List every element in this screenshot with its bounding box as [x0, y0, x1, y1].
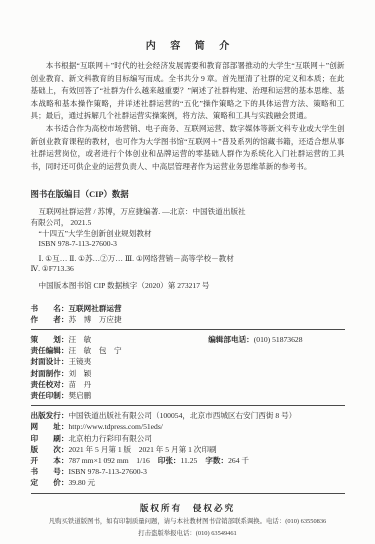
cover-design-row: 封面设计： 王镜夷	[31, 356, 345, 367]
cip-publisher-line: 有限公司， 2021.5	[31, 218, 345, 229]
print-supervisor-value: 樊启鹏	[68, 390, 91, 401]
page-content: 内 容 简 介 本书根据“互联网＋”时代的社会经济发展需要和教育部部署推动的大学…	[31, 37, 345, 541]
book-author-row: 作 者： 苏 博 万应捷	[31, 314, 345, 325]
editor-label: 责任编辑：	[31, 345, 69, 356]
price-row: 定 价： 39.80 元	[31, 477, 345, 488]
cover-production-label: 封面制作：	[31, 368, 69, 379]
website-label: 网 址：	[31, 421, 69, 432]
copyright-page: 内 容 简 介 本书根据“互联网＋”时代的社会经济发展需要和教育部部署推动的大学…	[0, 0, 375, 544]
isbn-label: 书 号：	[31, 466, 69, 477]
cip-classification-line-1: Ⅰ. ①互… Ⅱ. ①苏…②万… Ⅲ. ①网络营销－高等学校－教材	[31, 254, 345, 265]
isbn-value: ISBN 978-7-113-27600-3	[68, 466, 146, 477]
cip-classification-line-2: Ⅳ. ①F713.36	[31, 264, 345, 275]
price-value: 39.80 元	[68, 477, 95, 488]
proofreader-row: 责任校对： 苗 丹	[31, 379, 345, 390]
editor-row: 责任编辑： 汪 敏 包 宁	[31, 345, 345, 356]
proofreader-value: 苗 丹	[68, 379, 91, 390]
format-label: 开 本：	[31, 455, 69, 466]
book-title-value: 互联网社群运营	[68, 303, 121, 314]
website-row: 网 址： http://www.tdpress.com/51eds/	[31, 421, 345, 432]
divider-2	[31, 405, 345, 406]
printer-value: 北京柏力行彩印有限公司	[68, 433, 152, 444]
price-label: 定 价：	[31, 477, 69, 488]
divider-3	[31, 493, 345, 494]
format-value: 787 mm×1 092 mm 1/16	[68, 455, 149, 466]
cip-heading: 图书在版编目（CIP）数据	[31, 188, 345, 200]
book-author-value: 苏 博 万应捷	[68, 314, 121, 325]
editorial-phone-label: 编辑部电话：	[208, 335, 254, 344]
cip-isbn-line: ISBN 978-7-113-27600-3	[31, 239, 345, 250]
cover-design-label: 封面设计：	[31, 356, 69, 367]
editor-value: 汪 敏 包 宁	[68, 345, 121, 356]
cover-production-row: 封面制作： 刘 颖	[31, 368, 345, 379]
planner-row: 策 划： 汪 敏 编辑部电话：(010) 51873628	[31, 334, 345, 345]
editorial-phone-value: (010) 51873628	[254, 335, 303, 344]
proofreader-label: 责任校对：	[31, 379, 69, 390]
divider-1	[31, 329, 345, 330]
planner-label: 策 划：	[31, 334, 69, 345]
cip-series-line: “十四五”大学生创新创业规划教材	[31, 229, 345, 240]
cip-title-line: 互联网社群运营 / 苏博，万应捷编著. —北京：中国铁道出版社	[31, 207, 345, 218]
isbn-row: 书 号： ISBN 978-7-113-27600-3	[31, 466, 345, 477]
format-row: 开 本： 787 mm×1 092 mm 1/16 印张： 11.25 字数： …	[31, 455, 345, 466]
wordcount-value: 264 千	[228, 455, 249, 466]
wordcount-label: 字数：	[205, 455, 228, 466]
printer-label: 印 刷：	[31, 433, 69, 444]
printer-row: 印 刷： 北京柏力行彩印有限公司	[31, 433, 345, 444]
staff-section: 策 划： 汪 敏 编辑部电话：(010) 51873628 责任编辑： 汪 敏 …	[31, 334, 345, 401]
intro-paragraph-2: 本书适合作为高校市场营销、电子商务、互联网运营、数字媒体等新文科专业或大学生创新…	[31, 123, 345, 173]
website-url: http://www.tdpress.com/51eds/	[68, 421, 162, 432]
publisher-row: 出版发行： 中国铁道出版社有限公司（100054，北京市西城区右安门西街 8 号…	[31, 410, 345, 421]
book-author-label: 作 者：	[31, 314, 69, 325]
editorial-phone: 编辑部电话：(010) 51873628	[208, 334, 344, 345]
sheets-label: 印张：	[158, 455, 181, 466]
piracy-report-note: 打击盗版举报电话：(010) 63549461	[31, 528, 345, 541]
cover-design-value: 王镜夷	[68, 356, 91, 367]
intro-title: 内 容 简 介	[31, 37, 345, 52]
cover-production-value: 刘 颖	[68, 368, 91, 379]
publisher-label: 出版发行：	[31, 410, 69, 421]
edition-label: 版 次：	[31, 444, 69, 455]
cip-block: 互联网社群运营 / 苏博，万应捷编著. —北京：中国铁道出版社 有限公司， 20…	[31, 207, 345, 291]
edition-value: 2021 年 5 月第 1 版 2021 年 5 月第 1 次印刷	[68, 444, 216, 455]
cip-record-number: 中国版本图书馆 CIP 数据核字（2020）第 273217 号	[31, 281, 345, 292]
publishing-section: 出版发行： 中国铁道出版社有限公司（100054，北京市西城区右安门西街 8 号…	[31, 410, 345, 488]
sheets-value: 11.25	[181, 455, 198, 466]
book-title-row: 书 名： 互联网社群运营	[31, 303, 345, 314]
copyright-notice: 版权所有 侵权必究	[31, 502, 345, 514]
planner-value: 汪 敏	[68, 334, 91, 345]
publisher-value: 中国铁道出版社有限公司（100054，北京市西城区右安门西街 8 号）	[68, 410, 296, 421]
edition-row: 版 次： 2021 年 5 月第 1 版 2021 年 5 月第 1 次印刷	[31, 444, 345, 455]
book-title-label: 书 名：	[31, 303, 69, 314]
print-supervisor-row: 责任印制： 樊启鹏	[31, 390, 345, 401]
print-supervisor-label: 责任印制：	[31, 390, 69, 401]
exchange-note: 凡购买铁道版图书，如有印制质量问题，请与本社教材图书营销部联系调换。电话：(01…	[31, 516, 345, 529]
intro-paragraph-1: 本书根据“互联网＋”时代的社会经济发展需要和教育部部署推动的大学生“互联网＋”创…	[31, 60, 345, 123]
book-info-section: 书 名： 互联网社群运营 作 者： 苏 博 万应捷	[31, 303, 345, 325]
